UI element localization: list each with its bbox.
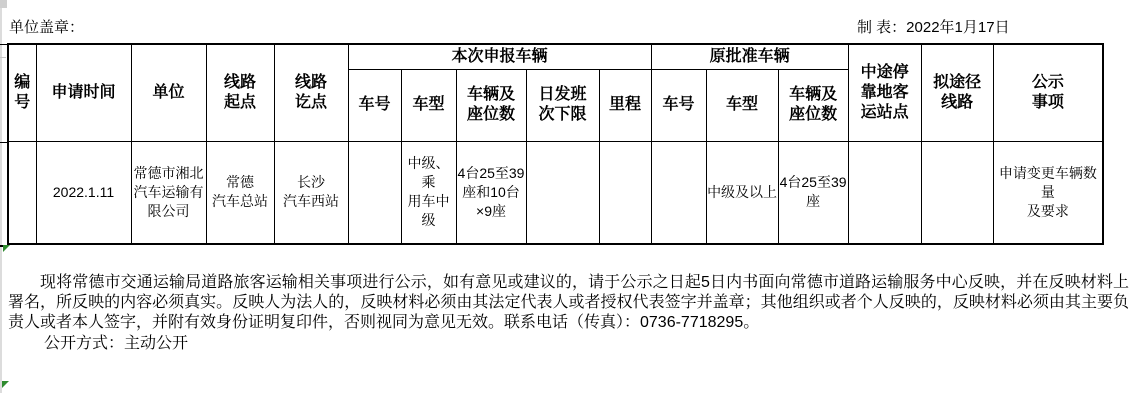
cell-unit: 常德市湘北 汽车运输有 限公司 bbox=[131, 141, 206, 244]
cell-vehicle-seats: 4台25至39 座和10台 ×9座 bbox=[456, 141, 526, 244]
cell-mileage bbox=[599, 141, 651, 244]
cell-orig-vehicle-no bbox=[651, 141, 706, 244]
col-header-unit: 单位 bbox=[131, 44, 206, 141]
col-header-vehicle-seats: 车辆及 座位数 bbox=[456, 69, 526, 141]
cell-route-start: 常德 汽车总站 bbox=[206, 141, 274, 244]
col-header-route-end: 线路 讫点 bbox=[274, 44, 348, 141]
notice-paragraph: 现将常德市交通运输局道路旅客运输相关事项进行公示，如有意见或建议的，请于公示之日… bbox=[8, 273, 1129, 333]
cell-route-end: 长沙 汽车西站 bbox=[274, 141, 348, 244]
cell-daily-departures-min bbox=[526, 141, 599, 244]
col-header-mid-stops: 中途停 靠地客 运站点 bbox=[848, 44, 921, 141]
cell-orig-vehicle-type: 中级及以上 bbox=[706, 141, 778, 244]
col-header-serial: 编 号 bbox=[8, 44, 36, 141]
table-made-date-label: 制 表：2022年1月17日 bbox=[857, 19, 1010, 36]
col-header-vehicle-type: 车型 bbox=[401, 69, 456, 141]
group-header-approved-vehicles: 原批准车辆 bbox=[651, 44, 848, 69]
col-header-orig-vehicle-no: 车号 bbox=[651, 69, 706, 141]
cell-orig-vehicle-seats: 4台25至39 座 bbox=[778, 141, 848, 244]
cell-vehicle-no bbox=[348, 141, 401, 244]
cell-serial bbox=[8, 141, 36, 244]
col-header-notice-items: 公示 事项 bbox=[993, 44, 1103, 141]
disclosure-method-line: 公开方式：主动公开 bbox=[8, 334, 1129, 354]
gridline-tick bbox=[0, 44, 7, 45]
notice-sheet: 单位盖章： 制 表：2022年1月17日 编 号 申请时间 单位 线路 起点 线… bbox=[0, 0, 1135, 393]
sheet-edge-strip bbox=[0, 0, 7, 393]
sheet-edge-line bbox=[0, 0, 2, 393]
col-header-vehicle-no: 车号 bbox=[348, 69, 401, 141]
cell-notice-items: 申请变更车辆数量 及要求 bbox=[993, 141, 1103, 244]
cell-mid-stops bbox=[848, 141, 921, 244]
col-header-orig-vehicle-seats: 车辆及 座位数 bbox=[778, 69, 848, 141]
table-row: 2022.1.11 常德市湘北 汽车运输有 限公司 常德 汽车总站 长沙 汽车西… bbox=[8, 141, 1103, 244]
cell-flag-triangle-icon bbox=[3, 245, 10, 252]
cell-vehicle-type: 中级、乘 用车中级 bbox=[401, 141, 456, 244]
col-header-mileage: 里程 bbox=[599, 69, 651, 141]
unit-seal-label: 单位盖章： bbox=[9, 19, 84, 36]
col-header-route-start: 线路 起点 bbox=[206, 44, 274, 141]
col-header-orig-vehicle-type: 车型 bbox=[706, 69, 778, 141]
cell-flag-triangle-icon bbox=[2, 381, 9, 388]
gridline-tick bbox=[0, 142, 7, 143]
notice-table: 编 号 申请时间 单位 线路 起点 线路 讫点 本次申报车辆 原批准车辆 中途停… bbox=[7, 43, 1104, 245]
col-header-apply-time: 申请时间 bbox=[36, 44, 131, 141]
cell-proposed-route bbox=[921, 141, 993, 244]
group-header-declared-vehicles: 本次申报车辆 bbox=[348, 44, 651, 69]
footer-block: 现将常德市交通运输局道路旅客运输相关事项进行公示，如有意见或建议的，请于公示之日… bbox=[8, 273, 1129, 354]
gridline-tick bbox=[0, 57, 6, 58]
cell-apply-time: 2022.1.11 bbox=[36, 141, 131, 244]
col-header-daily-departures-min: 日发班 次下限 bbox=[526, 69, 599, 141]
col-header-proposed-route: 拟途径 线路 bbox=[921, 44, 993, 141]
sheet-edge-corner bbox=[0, 0, 7, 8]
